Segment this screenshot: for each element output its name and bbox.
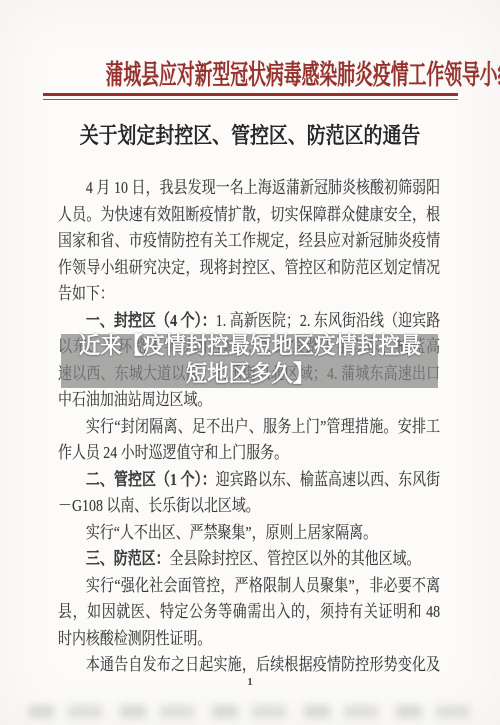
body-line-14: 实行“人不出区、严禁聚集”，原则上居家隔离。 (58, 520, 440, 547)
banner-org-title-text: 蒲城县应对新型冠状病毒感染肺炎疫情工作领导小组 (106, 53, 500, 92)
body-line-19: 本通告自发布之日起实施，后续根据疫情防控形势变化及时 (58, 652, 440, 679)
banner-divider-thin-rule (43, 99, 458, 101)
body-line-17: 县，如因就医、特定公务等确需出入的，须持有关证明和 48 小 (58, 599, 440, 626)
banner-divider-thick-rule (43, 93, 458, 96)
watermark-caption-line2: 短地区多久】 (181, 361, 319, 389)
notice-title: 关于划定封控区、管控区、防范区的通告 (0, 119, 500, 150)
body-line-10: 实行“封闭隔离、足不出户、服务上门”管理措施。安排工 (58, 414, 440, 441)
body-line-5: 告如下： (58, 281, 440, 308)
watermark-caption-line1-text: 近来【疫情封控最短地区疫情封控最 (78, 333, 420, 357)
body-line-9: 中石油加油站周边区域。 (58, 387, 440, 414)
watermark-caption-line2-text: 短地区多久】 (185, 361, 313, 385)
body-line-4: 作领导小组研究决定，现将封控区、管控区和防范区划定情况通 (58, 255, 440, 282)
page-number: 1 (0, 676, 500, 688)
banner-org-title: 蒲城县应对新型冠状病毒感染肺炎疫情工作领导小组 (0, 53, 500, 92)
watermark-caption-band: 近来【疫情封控最短地区疫情封控最 短地区多久】 (61, 334, 438, 388)
blurred-next-page-text (28, 705, 472, 718)
body-line-2: 人员。为快速有效阻断疫情扩散，切实保障群众健康安全，根据 (58, 202, 440, 229)
body-line-13: －G108 以南、长乐街以北区域。 (58, 493, 440, 520)
body-line-12: 二、管控区（1 个）：迎宾路以东、榆蓝高速以西、东风街 (58, 467, 440, 494)
notice-body: 4 月 10 日，我县发现一名上海返蒲新冠肺炎核酸初筛弱阳性人员。为快速有效阻断… (58, 175, 440, 679)
body-line-16: 实行“强化社会面管控，严格限制人员聚集”，非必要不离 (58, 573, 440, 600)
body-line-3: 国家和省、市疫情防控有关工作规定，经县应对新冠肺炎疫情工 (58, 228, 440, 255)
banner-divider (43, 93, 458, 100)
watermark-caption-line1: 近来【疫情封控最短地区疫情封控最 (66, 333, 434, 361)
notice-title-text: 关于划定封控区、管控区、防范区的通告 (80, 119, 421, 150)
body-line-11: 作人员 24 小时巡逻值守和上门服务。 (58, 440, 440, 467)
body-line-18: 时内核酸检测阴性证明。 (58, 626, 440, 653)
body-line-6: 一、封控区（4 个）：1. 高新医院；2. 东风街沿线（迎宾路 (58, 308, 440, 335)
body-line-1: 4 月 10 日，我县发现一名上海返蒲新冠肺炎核酸初筛弱阳性 (58, 175, 440, 202)
body-line-15: 三、防范区：全县除封控区、管控区以外的其他区域。 (58, 546, 440, 573)
document-page: 蒲城县应对新型冠状病毒感染肺炎疫情工作领导小组 关于划定封控区、管控区、防范区的… (0, 0, 500, 725)
